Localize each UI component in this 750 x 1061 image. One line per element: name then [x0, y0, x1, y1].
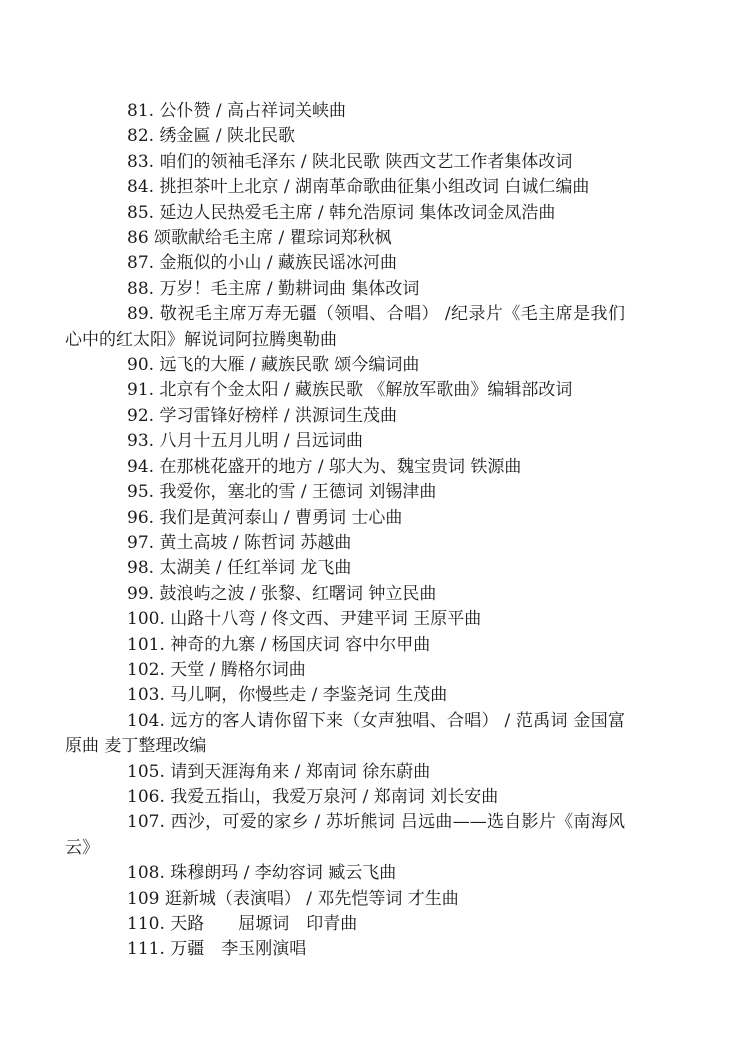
song-list-item: 94. 在那桃花盛开的地方 / 邬大为、魏宝贵词 铁源曲: [65, 455, 625, 480]
song-list-item: 111. 万疆 李玉刚演唱: [65, 937, 625, 962]
item-number: 110.: [127, 914, 165, 934]
song-list-item: 86 颂歌献给毛主席 / 瞿琮词郑秋枫: [65, 226, 625, 251]
song-list: 81. 公仆赞 / 高占祥词关峡曲82. 绣金匾 / 陕北民歌83. 咱们的领袖…: [65, 99, 625, 963]
item-number: 109: [127, 889, 159, 909]
item-title-credits: 金瓶似的小山 / 藏族民谣冰河曲: [159, 253, 397, 273]
item-title-credits: 神奇的九寨 / 杨国庆词 容中尔甲曲: [170, 635, 430, 655]
item-title-credits: 逛新城（表演唱） / 邓先恺等词 才生曲: [165, 889, 459, 909]
item-title-credits: 我们是黄河泰山 / 曹勇词 士心曲: [159, 508, 402, 528]
item-number: 82.: [127, 126, 154, 146]
item-number: 104.: [127, 711, 165, 731]
item-title-credits: 我爱你，塞北的雪 / 王德词 刘锡津曲: [159, 482, 436, 502]
song-list-item: 81. 公仆赞 / 高占祥词关峡曲: [65, 99, 625, 124]
song-list-item: 103. 马儿啊，你慢些走 / 李鉴尧词 生茂曲: [65, 683, 625, 708]
song-list-item: 100. 山路十八弯 / 佟文西、尹建平词 王原平曲: [65, 607, 625, 632]
item-number: 101.: [127, 635, 165, 655]
item-title-credits: 公仆赞 / 高占祥词关峡曲: [159, 101, 346, 121]
item-number: 89.: [127, 304, 154, 324]
item-title-credits: 马儿啊，你慢些走 / 李鉴尧词 生茂曲: [170, 685, 447, 705]
item-number: 95.: [127, 482, 154, 502]
item-number: 108.: [127, 863, 165, 883]
item-title-credits: 鼓浪屿之波 / 张黎、红曙词 钟立民曲: [159, 584, 436, 604]
item-title-credits: 太湖美 / 任红举词 龙飞曲: [159, 558, 351, 578]
item-title-credits: 学习雷锋好榜样 / 洪源词生茂曲: [159, 406, 397, 426]
item-title-credits: 珠穆朗玛 / 李幼容词 臧云飞曲: [170, 863, 396, 883]
item-title-credits: 黄土高坡 / 陈哲词 苏越曲: [159, 533, 351, 553]
item-title-credits: 在那桃花盛开的地方 / 邬大为、魏宝贵词 铁源曲: [159, 457, 521, 477]
item-number: 83.: [127, 152, 154, 172]
item-title-credits: 天堂 / 腾格尔词曲: [170, 660, 306, 680]
item-title-credits: 我爱五指山，我爱万泉河 / 郑南词 刘长安曲: [170, 787, 498, 807]
song-list-item: 107. 西沙，可爱的家乡 / 苏圻熊词 吕远曲——选自影片《南海风云》: [65, 810, 625, 861]
item-number: 107.: [127, 812, 165, 832]
item-number: 90.: [127, 355, 154, 375]
item-title-credits: 挑担茶叶上北京 / 湖南革命歌曲征集小组改词 白诚仁编曲: [159, 177, 589, 197]
item-number: 94.: [127, 457, 154, 477]
item-number: 106.: [127, 787, 165, 807]
item-title-credits: 远飞的大雁 / 藏族民歌 颂今编词曲: [159, 355, 419, 375]
song-list-item: 83. 咱们的领袖毛泽东 / 陕北民歌 陕西文艺工作者集体改词: [65, 150, 625, 175]
item-number: 96.: [127, 508, 154, 528]
song-list-item: 95. 我爱你，塞北的雪 / 王德词 刘锡津曲: [65, 480, 625, 505]
song-list-item: 109 逛新城（表演唱） / 邓先恺等词 才生曲: [65, 887, 625, 912]
song-list-item: 87. 金瓶似的小山 / 藏族民谣冰河曲: [65, 251, 625, 276]
item-title-credits: 北京有个金太阳 / 藏族民歌 《解放军歌曲》编辑部改词: [159, 380, 572, 400]
song-list-item: 85. 延边人民热爱毛主席 / 韩允浩原词 集体改词金凤浩曲: [65, 201, 625, 226]
song-list-item: 97. 黄土高坡 / 陈哲词 苏越曲: [65, 531, 625, 556]
song-list-item: 90. 远飞的大雁 / 藏族民歌 颂今编词曲: [65, 353, 625, 378]
song-list-item: 99. 鼓浪屿之波 / 张黎、红曙词 钟立民曲: [65, 582, 625, 607]
item-title-credits: 山路十八弯 / 佟文西、尹建平词 王原平曲: [170, 609, 481, 629]
item-number: 81.: [127, 101, 154, 121]
song-list-item: 108. 珠穆朗玛 / 李幼容词 臧云飞曲: [65, 861, 625, 886]
item-title-credits: 绣金匾 / 陕北民歌: [159, 126, 295, 146]
item-number: 86: [127, 228, 149, 248]
song-list-item: 102. 天堂 / 腾格尔词曲: [65, 658, 625, 683]
song-list-item: 84. 挑担茶叶上北京 / 湖南革命歌曲征集小组改词 白诚仁编曲: [65, 175, 625, 200]
song-list-item: 82. 绣金匾 / 陕北民歌: [65, 124, 625, 149]
item-number: 85.: [127, 203, 154, 223]
item-number: 105.: [127, 762, 165, 782]
item-number: 102.: [127, 660, 165, 680]
item-number: 84.: [127, 177, 154, 197]
item-number: 91.: [127, 380, 154, 400]
song-list-item: 106. 我爱五指山，我爱万泉河 / 郑南词 刘长安曲: [65, 785, 625, 810]
item-title-credits: 咱们的领袖毛泽东 / 陕北民歌 陕西文艺工作者集体改词: [159, 152, 572, 172]
item-number: 92.: [127, 406, 154, 426]
item-title-credits: 万疆 李玉刚演唱: [170, 939, 306, 959]
item-title-credits: 天路 屈塬词 印青曲: [170, 914, 357, 934]
item-title-credits: 请到天涯海角来 / 郑南词 徐东蔚曲: [170, 762, 430, 782]
song-list-item: 91. 北京有个金太阳 / 藏族民歌 《解放军歌曲》编辑部改词: [65, 378, 625, 403]
song-list-item: 98. 太湖美 / 任红举词 龙飞曲: [65, 556, 625, 581]
item-number: 98.: [127, 558, 154, 578]
song-list-item: 93. 八月十五月儿明 / 吕远词曲: [65, 429, 625, 454]
item-number: 88.: [127, 279, 154, 299]
item-number: 93.: [127, 431, 154, 451]
song-list-item: 105. 请到天涯海角来 / 郑南词 徐东蔚曲: [65, 760, 625, 785]
song-list-item: 101. 神奇的九寨 / 杨国庆词 容中尔甲曲: [65, 633, 625, 658]
song-list-item: 110. 天路 屈塬词 印青曲: [65, 912, 625, 937]
item-number: 99.: [127, 584, 154, 604]
item-number: 97.: [127, 533, 154, 553]
document-page: 81. 公仆赞 / 高占祥词关峡曲82. 绣金匾 / 陕北民歌83. 咱们的领袖…: [0, 0, 750, 1061]
item-title-credits: 延边人民热爱毛主席 / 韩允浩原词 集体改词金凤浩曲: [159, 203, 555, 223]
song-list-item: 96. 我们是黄河泰山 / 曹勇词 士心曲: [65, 506, 625, 531]
item-number: 100.: [127, 609, 165, 629]
item-title-credits: 万岁！毛主席 / 勤耕词曲 集体改词: [159, 279, 419, 299]
item-number: 111.: [127, 939, 165, 959]
song-list-item: 89. 敬祝毛主席万寿无疆（领唱、合唱） /纪录片《毛主席是我们心中的红太阳》解…: [65, 302, 625, 353]
item-number: 103.: [127, 685, 165, 705]
item-title-credits: 颂歌献给毛主席 / 瞿琮词郑秋枫: [154, 228, 392, 248]
item-title-credits: 八月十五月儿明 / 吕远词曲: [159, 431, 363, 451]
song-list-item: 104. 远方的客人请你留下来（女声独唱、合唱） / 范禹词 金国富原曲 麦丁整…: [65, 709, 625, 760]
song-list-item: 92. 学习雷锋好榜样 / 洪源词生茂曲: [65, 404, 625, 429]
song-list-item: 88. 万岁！毛主席 / 勤耕词曲 集体改词: [65, 277, 625, 302]
item-number: 87.: [127, 253, 154, 273]
